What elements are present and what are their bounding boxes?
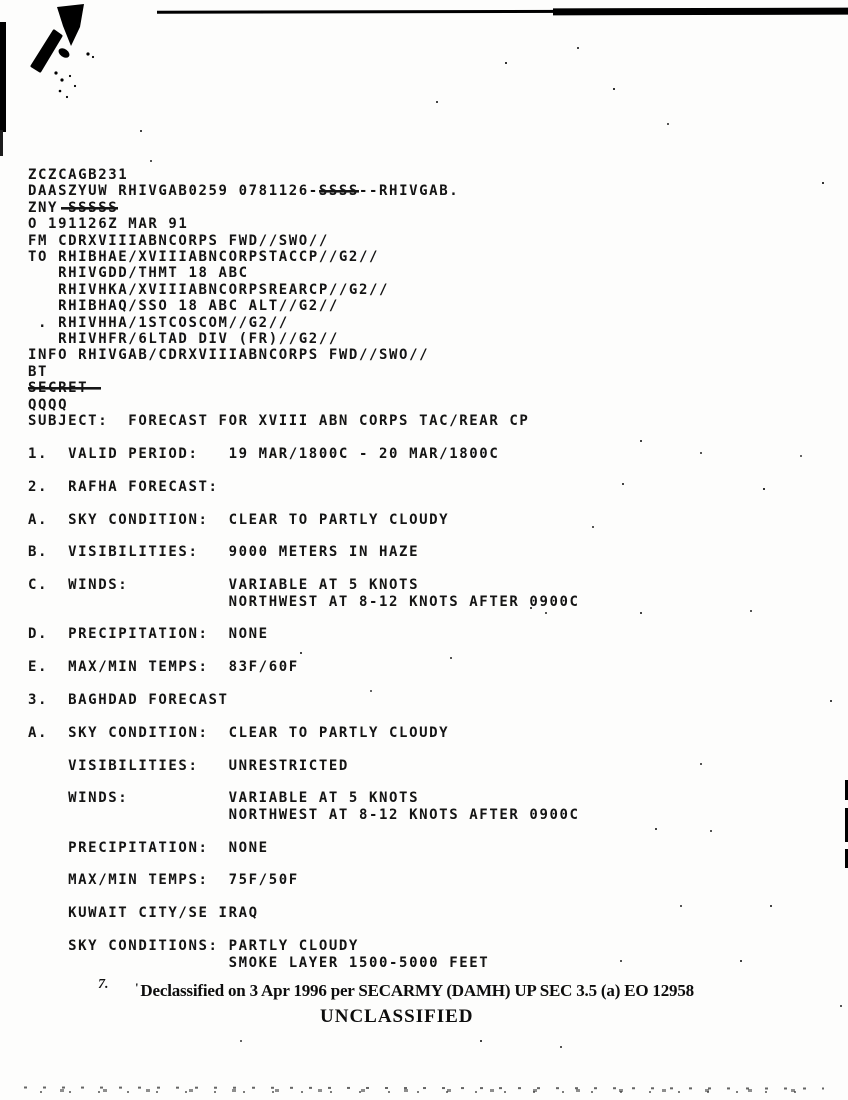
bottom-edge-noise bbox=[60, 1089, 820, 1092]
message-line bbox=[28, 610, 580, 626]
declassification-text: Declassified on 3 Apr 1996 per SECARMY (… bbox=[140, 981, 694, 1000]
message-line: RHIVHFR/6LTAD DIV (FR)//G2// bbox=[28, 331, 580, 347]
message-line: SECRET bbox=[28, 380, 580, 396]
message-line: QQQQ bbox=[28, 397, 580, 413]
message-line: RHIVGDD/THMT 18 ABC bbox=[28, 265, 580, 281]
message-line bbox=[28, 643, 580, 659]
message-line: E. MAX/MIN TEMPS: 83F/60F bbox=[28, 659, 580, 675]
message-line: . RHIVHHA/1STCOSCOM//G2// bbox=[28, 315, 580, 331]
message-line: KUWAIT CITY/SE IRAQ bbox=[28, 905, 580, 921]
ink-blot bbox=[0, 0, 160, 110]
noise-specks bbox=[0, 0, 2, 2]
message-line: A. SKY CONDITION: CLEAR TO PARTLY CLOUDY bbox=[28, 725, 580, 741]
message-line: 1. VALID PERIOD: 19 MAR/1800C - 20 MAR/1… bbox=[28, 446, 580, 462]
message-line: DAASZYUW RHIVGAB0259 0781126-SSSS--RHIVG… bbox=[28, 183, 580, 199]
message-line: SUBJECT: FORECAST FOR XVIII ABN CORPS TA… bbox=[28, 413, 580, 429]
message-line: D. PRECIPITATION: NONE bbox=[28, 626, 580, 642]
message-line: VISIBILITIES: UNRESTRICTED bbox=[28, 758, 580, 774]
message-line bbox=[28, 856, 580, 872]
message-line: INFO RHIVGAB/CDRXVIIIABNCORPS FWD//SWO// bbox=[28, 347, 580, 363]
message-line bbox=[28, 741, 580, 757]
message-line: O 191126Z MAR 91 bbox=[28, 216, 580, 232]
message-line bbox=[28, 462, 580, 478]
message-line: WINDS: VARIABLE AT 5 KNOTS bbox=[28, 790, 580, 806]
handwritten-mark: 7. bbox=[98, 977, 109, 993]
message-line: FM CDRXVIIIABNCORPS FWD//SWO// bbox=[28, 233, 580, 249]
message-line: BT bbox=[28, 364, 580, 380]
message-line bbox=[28, 676, 580, 692]
message-line: RHIBHAQ/SSO 18 ABC ALT//G2// bbox=[28, 298, 580, 314]
message-line: NORTHWEST AT 8-12 KNOTS AFTER 0900C bbox=[28, 594, 580, 610]
message-line: PRECIPITATION: NONE bbox=[28, 840, 580, 856]
message-line: C. WINDS: VARIABLE AT 5 KNOTS bbox=[28, 577, 580, 593]
message-line: SMOKE LAYER 1500-5000 FEET bbox=[28, 955, 580, 971]
message-body: ZCZCAGB231DAASZYUW RHIVGAB0259 0781126-S… bbox=[28, 167, 580, 971]
declassification-note: 'Declassified on 3 Apr 1996 per SECARMY … bbox=[135, 980, 694, 1001]
message-line bbox=[28, 495, 580, 511]
message-line: B. VISIBILITIES: 9000 METERS IN HAZE bbox=[28, 544, 580, 560]
message-line bbox=[28, 889, 580, 905]
message-line: TO RHIBHAE/XVIIIABNCORPSTACCP//G2// bbox=[28, 249, 580, 265]
classification-stamp: UNCLASSIFIED bbox=[320, 1006, 473, 1028]
message-line: ZNY SSSSS bbox=[28, 200, 580, 216]
message-line bbox=[28, 430, 580, 446]
message-line bbox=[28, 922, 580, 938]
message-line bbox=[28, 708, 580, 724]
message-line: 2. RAFHA FORECAST: bbox=[28, 479, 580, 495]
message-line: NORTHWEST AT 8-12 KNOTS AFTER 0900C bbox=[28, 807, 580, 823]
message-line: MAX/MIN TEMPS: 75F/50F bbox=[28, 872, 580, 888]
left-edge-scan-bar-tail bbox=[0, 130, 3, 156]
message-line bbox=[28, 823, 580, 839]
message-line: RHIVHKA/XVIIIABNCORPSREARCP//G2// bbox=[28, 282, 580, 298]
message-line: 3. BAGHDAD FORECAST bbox=[28, 692, 580, 708]
message-line bbox=[28, 774, 580, 790]
message-line bbox=[28, 528, 580, 544]
message-line: A. SKY CONDITION: CLEAR TO PARTLY CLOUDY bbox=[28, 512, 580, 528]
message-line: ZCZCAGB231 bbox=[28, 167, 580, 183]
top-scan-line-thick bbox=[553, 8, 848, 16]
message-line bbox=[28, 561, 580, 577]
scanned-document-page: ZCZCAGB231DAASZYUW RHIVGAB0259 0781126-S… bbox=[0, 0, 848, 1100]
message-line: SKY CONDITIONS: PARTLY CLOUDY bbox=[28, 938, 580, 954]
